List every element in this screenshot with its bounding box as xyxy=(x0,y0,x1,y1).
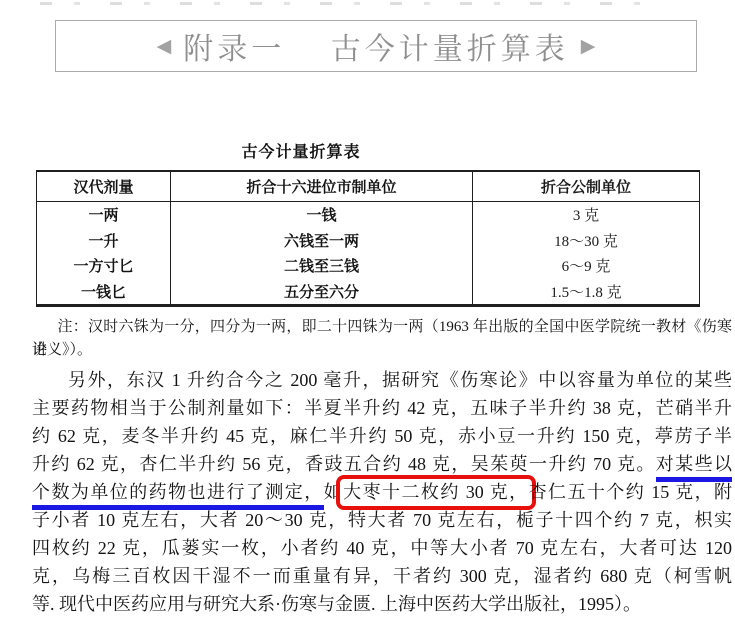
table-header-row: 汉代剂量折合十六进位市制单位折合公制单位 xyxy=(37,172,699,202)
text-segment: 讲义》）。 xyxy=(32,342,92,358)
text-line: 子小者 10 克左右，大者 20～30 克，特大者 70 克左右，栀子十四个约 … xyxy=(32,506,732,534)
table-cell: 六钱至一两 xyxy=(171,228,473,254)
table-row: 一方寸匕二钱至三钱6～9 克 xyxy=(37,253,699,279)
table-cell: 6～9 克 xyxy=(473,253,699,279)
red-box-highlight: 大枣十二枚约 30 克， xyxy=(336,475,535,510)
table-cell: 一钱匕 xyxy=(37,279,171,305)
table-header-cell: 折合公制单位 xyxy=(473,172,699,201)
table-cell: 二钱至三钱 xyxy=(171,253,473,279)
text-segment: 约 62 克，麦冬半升约 45 克，麻仁半升约 50 克，赤小豆一升约 150 … xyxy=(32,426,732,446)
table-cell: 1.5～1.8 克 xyxy=(473,279,699,305)
table-row: 一钱匕五分至六分1.5～1.8 克 xyxy=(37,279,699,305)
table-cell: 一升 xyxy=(37,228,171,254)
conversion-table: 汉代剂量折合十六进位市制单位折合公制单位一两一钱3 克一升六钱至一两18～30 … xyxy=(36,170,700,307)
table-cell: 3 克 xyxy=(473,202,699,228)
text-segment: 等. 现代中医药应用与研究大系·伤寒与金匮. 上海中医药大学出版社，1995）。 xyxy=(32,594,641,614)
table-cell: 一两 xyxy=(37,202,171,228)
text-line: 克，乌梅三百枚因干湿不一而重量有异，干者约 300 克，湿者约 680 克（柯雪… xyxy=(32,562,732,590)
text-line: 约 62 克，麦冬半升约 45 克，麻仁半升约 50 克，赤小豆一升约 150 … xyxy=(32,422,732,450)
table-header-cell: 折合十六进位市制单位 xyxy=(171,172,473,201)
table-note: 注：汉时六铢为一分，四分为一两，即二十四铢为一两（1963 年出版的全国中医学院… xyxy=(32,316,732,362)
ornament-left-icon: ◀ xyxy=(157,37,172,56)
appendix-banner: ◀ 附录一 古今计量折算表 ▶ xyxy=(55,20,697,72)
body-paragraph: 另外，东汉 1 升约合今之 200 毫升，据研究《伤寒论》中以容量为单位的某些主… xyxy=(32,366,732,618)
text-line: 升约 62 克，杏仁半升约 56 克，香豉五合约 48 克，吴茱萸一升约 70 … xyxy=(32,450,732,478)
text-segment: 克，乌梅三百枚因干湿不一而重量有异，干者约 300 克，湿者约 680 克（柯雪… xyxy=(32,566,732,586)
text-line: 主要药物相当于公制剂量如下：半夏半升约 42 克，五味子半升约 38 克，芒硝半… xyxy=(32,394,732,422)
text-segment: 主要药物相当于公制剂量如下：半夏半升约 42 克，五味子半升约 38 克，芒硝半… xyxy=(32,398,732,418)
table-title: 古今计量折算表 xyxy=(36,139,566,159)
text-line: 等. 现代中医药应用与研究大系·伤寒与金匮. 上海中医药大学出版社，1995）。 xyxy=(32,590,732,618)
text-line: 讲义》）。 xyxy=(32,339,732,362)
table-cell: 一钱 xyxy=(171,202,473,228)
ornament-right-icon: ▶ xyxy=(581,37,596,56)
table-header-cell: 汉代剂量 xyxy=(37,172,171,201)
text-line: 四枚约 22 克，瓜蒌实一枚，小者约 40 克，中等大小者 70 克左右，大者可… xyxy=(32,534,732,562)
page: ◀ 附录一 古今计量折算表 ▶ 古今计量折算表 汉代剂量折合十六进位市制单位折合… xyxy=(0,0,735,640)
text-segment: 杏仁五十个约 15 克，附 xyxy=(529,482,732,502)
scan-artifact xyxy=(40,2,670,5)
text-segment: 升约 62 克，杏仁半升约 56 克，香豉五合约 48 克，吴茱萸一升约 70 … xyxy=(32,454,656,474)
text-line: 另外，东汉 1 升约合今之 200 毫升，据研究《伤寒论》中以容量为单位的某些 xyxy=(32,366,732,394)
table-cell: 18～30 克 xyxy=(473,228,699,254)
text-segment: 四枚约 22 克，瓜蒌实一枚，小者约 40 克，中等大小者 70 克左右，大者可… xyxy=(32,538,732,558)
text-segment: 另外，东汉 1 升约合今之 200 毫升，据研究《伤寒论》中以容量为单位的某些 xyxy=(68,370,732,390)
table-row: 一两一钱3 克 xyxy=(37,202,699,228)
table-row: 一升六钱至一两18～30 克 xyxy=(37,228,699,254)
text-line: 个数为单位的药物也进行了测定，如大枣十二枚约 30 克，杏仁五十个约 15 克，… xyxy=(32,478,732,506)
text-line: 注：汉时六铢为一分，四分为一两，即二十四铢为一两（1963 年出版的全国中医学院… xyxy=(32,316,732,339)
table-cell: 一方寸匕 xyxy=(37,253,171,279)
appendix-title: 附录一 古今计量折算表 xyxy=(183,24,569,68)
table-cell: 五分至六分 xyxy=(171,279,473,305)
text-segment: 子小者 10 克左右，大者 20～30 克，特大者 70 克左右，栀子十四个约 … xyxy=(32,510,732,530)
